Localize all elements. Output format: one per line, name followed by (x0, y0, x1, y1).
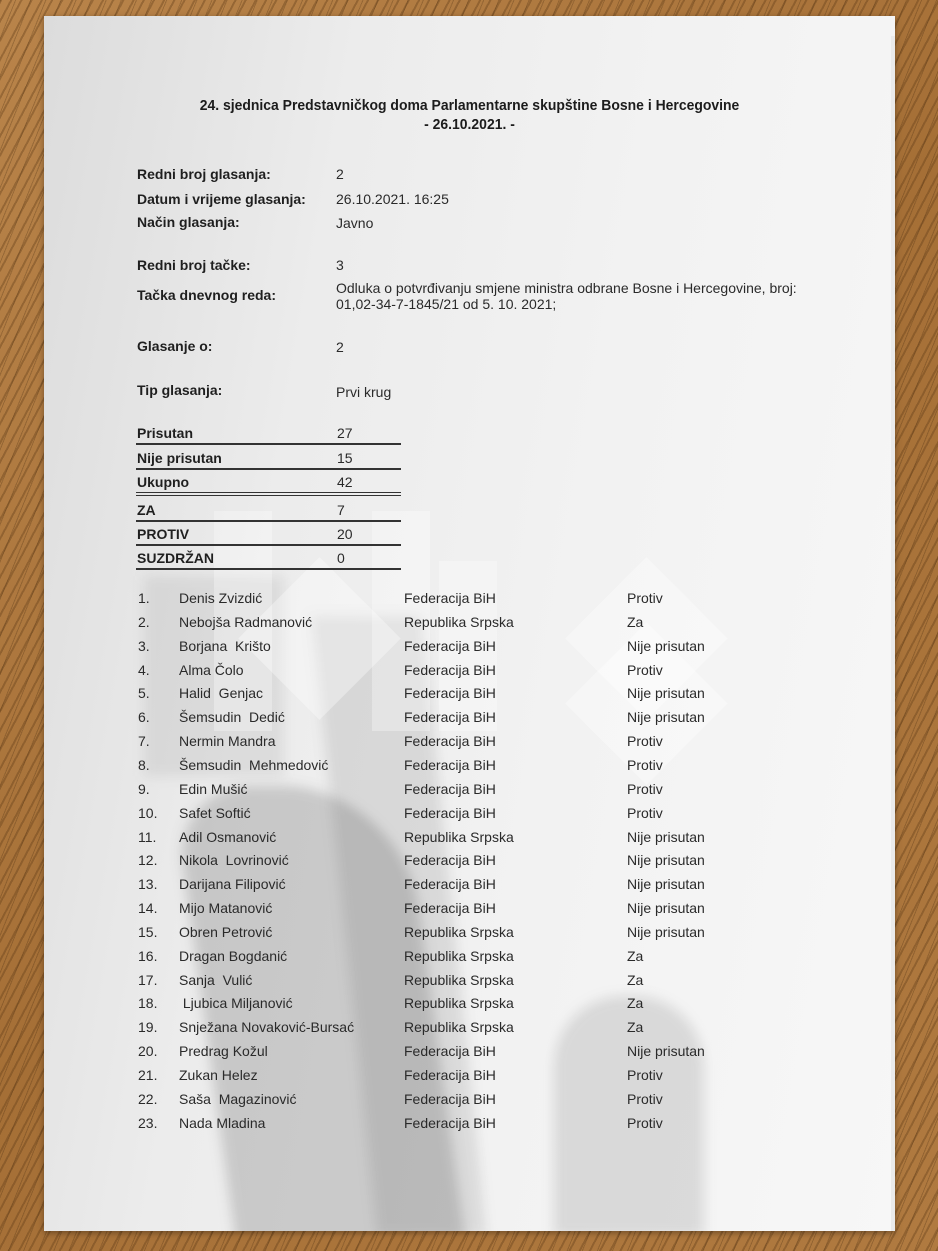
vote-number-label: Redni broj glasanja: (137, 166, 271, 182)
member-name: Edin Mušić (179, 781, 247, 797)
vote-row: 7.Nermin MandraFederacija BiHProtiv (44, 733, 804, 755)
vote-type-value: Prvi krug (336, 384, 391, 400)
member-name: Nikola Lovrinović (179, 852, 289, 868)
member-name: Snježana Novaković-Bursać (179, 1019, 354, 1035)
member-vote-result: Protiv (627, 1091, 663, 1107)
member-name: Nermin Mandra (179, 733, 275, 749)
printed-document-page: 24. sjednica Predstavničkog doma Parlame… (44, 16, 895, 1231)
member-entity: Republika Srpska (404, 972, 514, 988)
member-entity: Federacija BiH (404, 662, 496, 678)
member-entity: Federacija BiH (404, 900, 496, 916)
member-vote-result: Protiv (627, 757, 663, 773)
member-number: 9. (138, 781, 150, 797)
member-vote-result: Nije prisutan (627, 709, 705, 725)
member-entity: Republika Srpska (404, 829, 514, 845)
vote-row: 10.Safet SoftićFederacija BiHProtiv (44, 805, 804, 827)
member-entity: Federacija BiH (404, 1067, 496, 1083)
vote-row: 8.Šemsudin MehmedovićFederacija BiHProti… (44, 757, 804, 779)
member-vote-result: Za (627, 1019, 643, 1035)
member-number: 16. (138, 948, 157, 964)
member-entity: Federacija BiH (404, 852, 496, 868)
member-number: 5. (138, 685, 150, 701)
vote-row: 14.Mijo MatanovićFederacija BiHNije pris… (44, 900, 804, 922)
tally-label: ZA (137, 502, 156, 518)
vote-row: 2.Nebojša RadmanovićRepublika SrpskaZa (44, 614, 804, 636)
member-name: Adil Osmanović (179, 829, 276, 845)
member-entity: Republika Srpska (404, 614, 514, 630)
member-number: 15. (138, 924, 157, 940)
member-entity: Federacija BiH (404, 733, 496, 749)
member-entity: Federacija BiH (404, 781, 496, 797)
tally-value: 15 (337, 450, 353, 466)
member-vote-result: Za (627, 948, 643, 964)
member-vote-result: Za (627, 972, 643, 988)
member-number: 20. (138, 1043, 157, 1059)
member-number: 4. (138, 662, 150, 678)
member-number: 10. (138, 805, 157, 821)
member-name: Mijo Matanović (179, 900, 272, 916)
member-name: Ljubica Miljanović (179, 995, 293, 1011)
tally-label: Ukupno (137, 474, 189, 490)
document-title: 24. sjednica Predstavničkog doma Parlame… (74, 96, 865, 134)
member-name: Sanja Vulić (179, 972, 252, 988)
member-entity: Federacija BiH (404, 1091, 496, 1107)
vote-row: 17.Sanja VulićRepublika SrpskaZa (44, 972, 804, 994)
member-entity: Federacija BiH (404, 805, 496, 821)
tally-row-for: ZA 7 (136, 498, 401, 522)
vote-subject-label: Glasanje o: (137, 338, 212, 354)
member-number: 23. (138, 1115, 157, 1131)
member-vote-result: Nije prisutan (627, 638, 705, 654)
vote-row: 13.Darijana FilipovićFederacija BiHNije … (44, 876, 804, 898)
tally-label: SUZDRŽAN (137, 550, 214, 566)
vote-row: 12.Nikola LovrinovićFederacija BiHNije p… (44, 852, 804, 874)
member-number: 7. (138, 733, 150, 749)
member-vote-result: Protiv (627, 1067, 663, 1083)
member-number: 17. (138, 972, 157, 988)
vote-row: 20.Predrag KožulFederacija BiHNije prisu… (44, 1043, 804, 1065)
member-vote-result: Nije prisutan (627, 924, 705, 940)
member-vote-result: Nije prisutan (627, 852, 705, 868)
tally-row-absent: Nije prisutan 15 (136, 446, 401, 470)
member-entity: Federacija BiH (404, 757, 496, 773)
member-number: 19. (138, 1019, 157, 1035)
member-entity: Federacija BiH (404, 1043, 496, 1059)
vote-row: 9.Edin MušićFederacija BiHProtiv (44, 781, 804, 803)
member-name: Darijana Filipović (179, 876, 286, 892)
title-line-1: 24. sjednica Predstavničkog doma Parlame… (74, 96, 865, 115)
member-vote-result: Za (627, 614, 643, 630)
vote-row: 19.Snježana Novaković-BursaćRepublika Sr… (44, 1019, 804, 1041)
member-entity: Federacija BiH (404, 638, 496, 654)
title-line-2: - 26.10.2021. - (74, 115, 865, 134)
member-entity: Federacija BiH (404, 685, 496, 701)
vote-row: 18. Ljubica MiljanovićRepublika SrpskaZa (44, 995, 804, 1017)
member-name: Predrag Kožul (179, 1043, 268, 1059)
vote-row: 11.Adil OsmanovićRepublika SrpskaNije pr… (44, 829, 804, 851)
vote-row: 22.Saša MagazinovićFederacija BiHProtiv (44, 1091, 804, 1113)
tally-row-total: Ukupno 42 (136, 470, 401, 496)
paper-edge (891, 36, 895, 1231)
member-vote-result: Protiv (627, 805, 663, 821)
vote-type-label: Tip glasanja: (137, 382, 222, 398)
vote-method-value: Javno (336, 215, 373, 231)
member-name: Zukan Helez (179, 1067, 258, 1083)
member-entity: Federacija BiH (404, 876, 496, 892)
member-vote-result: Nije prisutan (627, 685, 705, 701)
member-vote-result: Protiv (627, 590, 663, 606)
vote-row: 23.Nada MladinaFederacija BiHProtiv (44, 1115, 804, 1137)
member-vote-result: Za (627, 995, 643, 1011)
tally-label: Nije prisutan (137, 450, 222, 466)
member-vote-result: Nije prisutan (627, 900, 705, 916)
vote-row: 15.Obren PetrovićRepublika SrpskaNije pr… (44, 924, 804, 946)
tally-row-abstain: SUZDRŽAN 0 (136, 546, 401, 570)
item-number-value: 3 (336, 257, 344, 273)
member-entity: Republika Srpska (404, 948, 514, 964)
member-name: Šemsudin Dedić (179, 709, 285, 725)
member-entity: Republika Srpska (404, 995, 514, 1011)
vote-row: 21.Zukan HelezFederacija BiHProtiv (44, 1067, 804, 1089)
member-number: 6. (138, 709, 150, 725)
member-entity: Federacija BiH (404, 709, 496, 725)
member-name: Šemsudin Mehmedović (179, 757, 328, 773)
member-number: 8. (138, 757, 150, 773)
member-name: Borjana Krišto (179, 638, 271, 654)
member-vote-result: Nije prisutan (627, 1043, 705, 1059)
tally-value: 20 (337, 526, 353, 542)
tally-value: 0 (337, 550, 345, 566)
tally-row-against: PROTIV 20 (136, 522, 401, 546)
member-entity: Federacija BiH (404, 590, 496, 606)
member-vote-result: Protiv (627, 733, 663, 749)
member-name: Halid Genjac (179, 685, 263, 701)
member-number: 18. (138, 995, 157, 1011)
member-number: 11. (138, 829, 156, 845)
member-name: Saša Magazinović (179, 1091, 297, 1107)
item-number-label: Redni broj tačke: (137, 257, 251, 273)
member-name: Safet Softić (179, 805, 251, 821)
member-vote-result: Nije prisutan (627, 876, 705, 892)
tally-value: 7 (337, 502, 345, 518)
member-name: Nada Mladina (179, 1115, 265, 1131)
member-vote-result: Protiv (627, 662, 663, 678)
member-number: 21. (138, 1067, 157, 1083)
vote-datetime-value: 26.10.2021. 16:25 (336, 191, 449, 207)
member-name: Alma Čolo (179, 662, 244, 678)
vote-row: 4.Alma ČoloFederacija BiHProtiv (44, 662, 804, 684)
member-name: Obren Petrović (179, 924, 272, 940)
member-number: 2. (138, 614, 150, 630)
member-name: Nebojša Radmanović (179, 614, 312, 630)
member-vote-result: Protiv (627, 1115, 663, 1131)
agenda-item-label: Tačka dnevnog reda: (137, 287, 276, 303)
vote-number-value: 2 (336, 166, 344, 182)
vote-datetime-label: Datum i vrijeme glasanja: (137, 191, 306, 207)
member-vote-result: Protiv (627, 781, 663, 797)
vote-row: 5.Halid GenjacFederacija BiHNije prisuta… (44, 685, 804, 707)
vote-row: 16.Dragan BogdanićRepublika SrpskaZa (44, 948, 804, 970)
member-name: Dragan Bogdanić (179, 948, 287, 964)
vote-method-label: Način glasanja: (137, 214, 240, 230)
tally-row-present: Prisutan 27 (136, 421, 401, 445)
member-number: 12. (138, 852, 157, 868)
member-entity: Federacija BiH (404, 1115, 496, 1131)
vote-row: 1.Denis ZvizdićFederacija BiHProtiv (44, 590, 804, 612)
tally-label: Prisutan (137, 425, 193, 441)
member-number: 3. (138, 638, 150, 654)
member-entity: Republika Srpska (404, 1019, 514, 1035)
member-entity: Republika Srpska (404, 924, 514, 940)
agenda-item-value: Odluka o potvrđivanju smjene ministra od… (336, 280, 816, 312)
vote-subject-value: 2 (336, 339, 344, 355)
member-number: 14. (138, 900, 157, 916)
member-vote-result: Nije prisutan (627, 829, 705, 845)
tally-label: PROTIV (137, 526, 189, 542)
vote-row: 3.Borjana KrištoFederacija BiHNije prisu… (44, 638, 804, 660)
vote-row: 6.Šemsudin DedićFederacija BiHNije prisu… (44, 709, 804, 731)
tally-value: 42 (337, 474, 353, 490)
member-name: Denis Zvizdić (179, 590, 262, 606)
member-number: 1. (138, 590, 150, 606)
member-number: 13. (138, 876, 157, 892)
member-number: 22. (138, 1091, 157, 1107)
tally-value: 27 (337, 425, 353, 441)
